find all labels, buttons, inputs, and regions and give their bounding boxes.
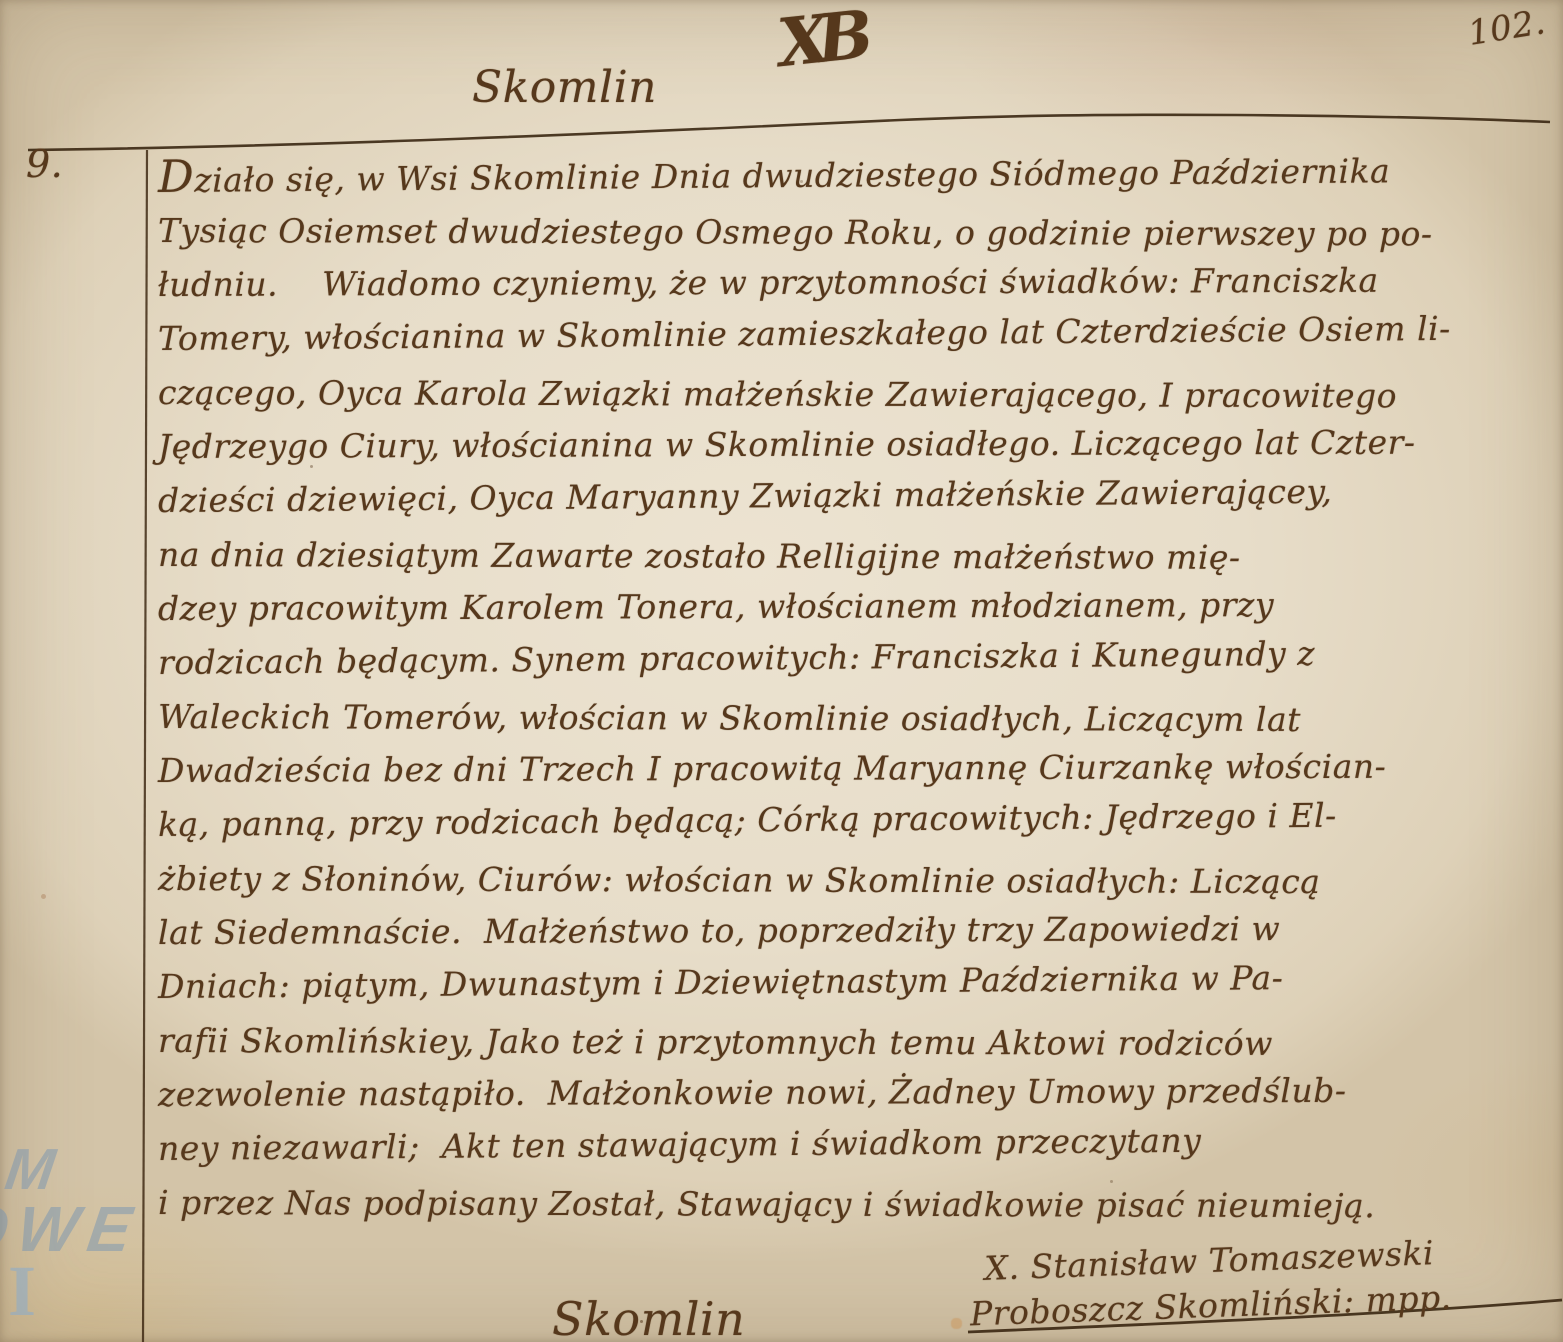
watermark-fragment: M	[1, 1136, 59, 1203]
document-page: 102. XB Skomlin 9. Działo się, w Wsi Sko…	[0, 0, 1563, 1342]
manuscript-line: rodzicach będącym. Synem pracowitych: Fr…	[158, 625, 1558, 690]
next-page-header-partial: Skomlin	[552, 1292, 745, 1342]
manuscript-line: dzieści dziewięci, Oyca Maryanny Związki…	[158, 463, 1558, 528]
manuscript-line: Działo się, w Wsi Skomlinie Dnia dwudzie…	[158, 139, 1558, 204]
page-header-title: Skomlin	[472, 62, 657, 113]
monogram-flourish: XB	[774, 0, 865, 82]
manuscript-line: Tomery, włościanina w Skomlinie zamieszk…	[158, 301, 1558, 366]
entry-number: 9.	[26, 142, 63, 186]
paper-speckle	[640, 1320, 643, 1323]
manuscript-line: ką, panną, przy rodzicach będącą; Córką …	[158, 787, 1558, 852]
watermark-fragment: I	[8, 1250, 36, 1333]
watermark-fragment: OWE	[0, 1192, 146, 1266]
record-body: Działo się, w Wsi Skomlinie Dnia dwudzie…	[158, 150, 1558, 1230]
margin-rule	[143, 150, 147, 1342]
page-number: 102.	[1465, 2, 1548, 54]
manuscript-line: ney niezawarli; Akt ten stawającym i świ…	[158, 1111, 1558, 1176]
signature-block: X. Stanisław Tomaszewski Proboszcz Skoml…	[879, 1227, 1542, 1340]
manuscript-line: Dniach: piątym, Dwunastym i Dziewiętnast…	[158, 949, 1558, 1014]
manuscript-line: i przez Nas podpisany Został, Stawający …	[158, 1176, 1558, 1234]
